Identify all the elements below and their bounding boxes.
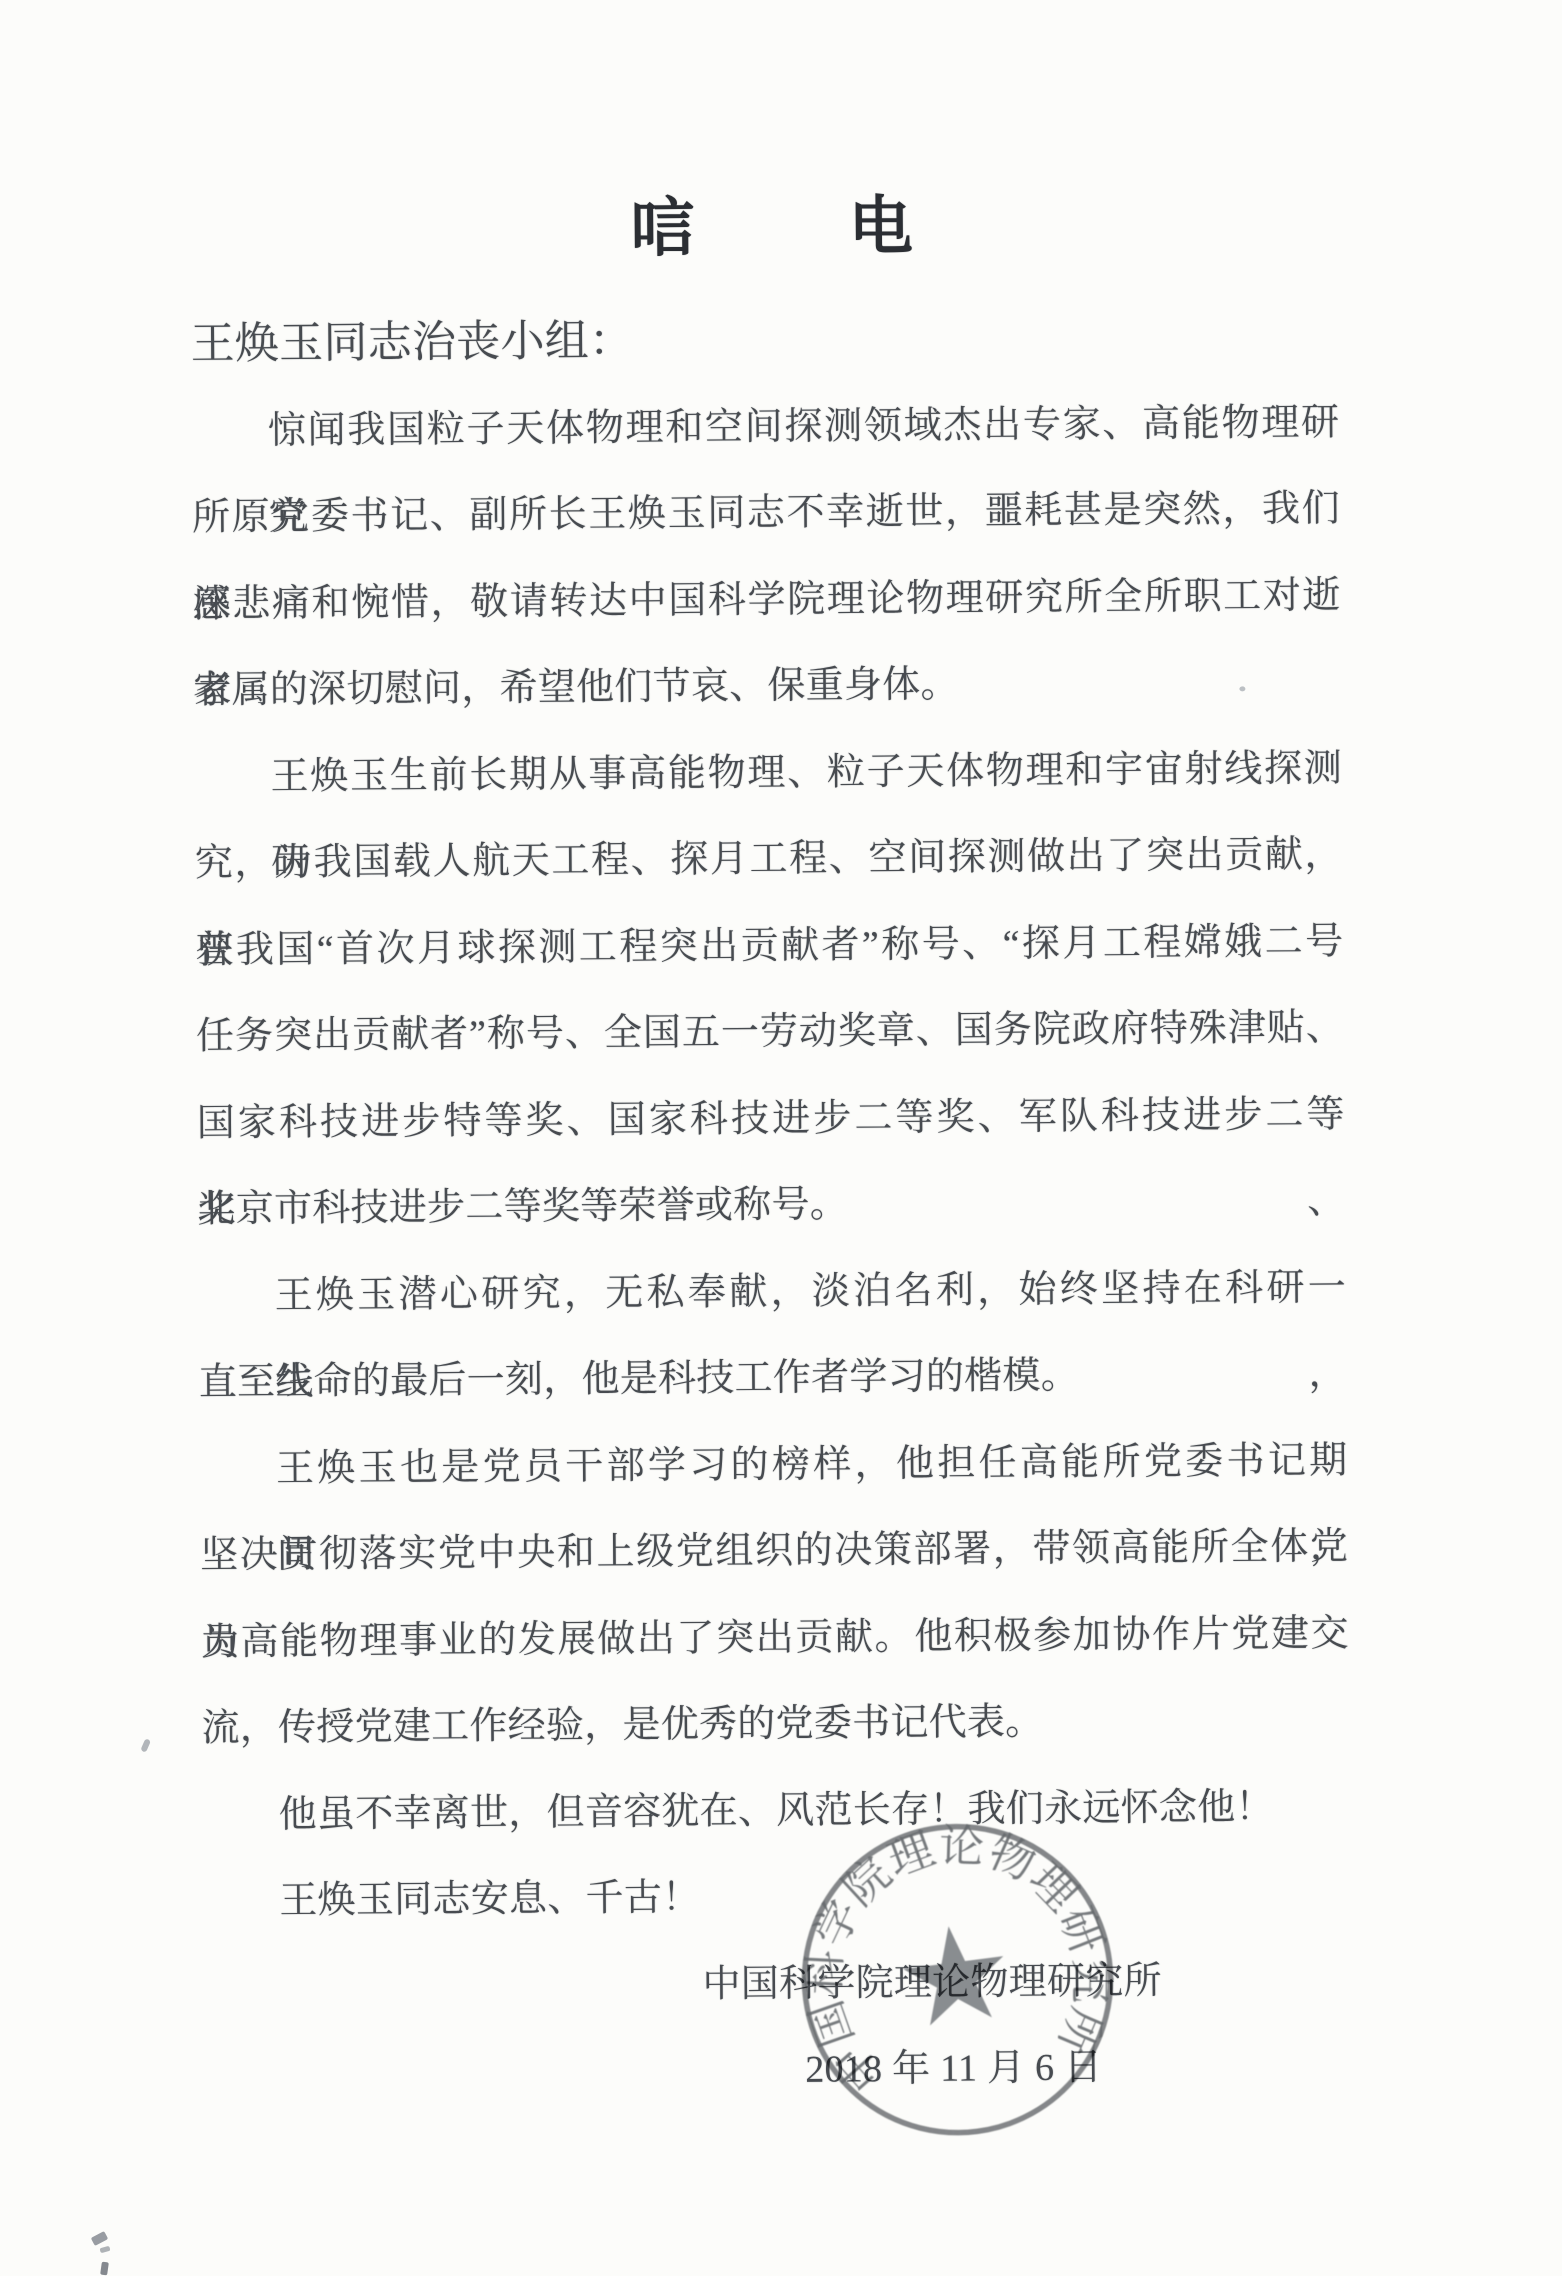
scanned-letter-page: 唁电 王焕玉同志治丧小组： 惊闻我国粒子天体物理和空间探测领域杰出专家、高能物理…: [0, 0, 1562, 2276]
text-line: 家属的深切慰问，希望他们节哀、保重身体。: [193, 639, 1342, 735]
seal-group: 中国科学院理论物理研究所: [786, 1808, 1129, 2151]
date-line: 2018 年 11 月 6 日: [204, 2023, 1353, 2119]
salutation: 王焕玉同志治丧小组：: [190, 293, 1339, 389]
text-line: 惊闻我国粒子天体物理和空间探测领域杰出专家、高能物理研究: [191, 379, 1340, 475]
letter-body: 王焕玉同志治丧小组： 惊闻我国粒子天体物理和空间探测领域杰出专家、高能物理研究所…: [190, 293, 1352, 2118]
scan-tilt-wrapper: 唁电 王焕玉同志治丧小组： 惊闻我国粒子天体物理和空间探测领域杰出专家、高能物理…: [0, 0, 1562, 2276]
star-icon: [899, 1920, 1011, 2028]
text-line: 王焕玉潜心研究，无私奉献，淡泊名利，始终坚持在科研一线，: [198, 1244, 1347, 1340]
document-title: 唁电: [631, 194, 1067, 261]
text-line: 王焕玉也是党员干部学习的榜样，他担任高能所党委书记期间，: [199, 1417, 1348, 1513]
text-line: 王焕玉生前长期从事高能物理、粒子天体物理和宇宙射线探测研: [194, 725, 1343, 821]
text-line: 所原党委书记、副所长王焕玉同志不幸逝世，噩耗甚是突然，我们深: [192, 466, 1341, 562]
scan-speck: [1239, 686, 1245, 691]
text-line: 为高能物理事业的发展做出了突出贡献。他积极参加协作片党建交: [201, 1590, 1350, 1686]
official-seal: 中国科学院理论物理研究所: [786, 1808, 1129, 2151]
signature-line: 中国科学院理论物理研究所: [203, 1936, 1352, 2032]
text-line: 国家科技进步特等奖、国家科技进步二等奖、军队科技进步二等奖、: [196, 1071, 1345, 1167]
text-line: 获我国“首次月球探测工程突出贡献者”称号、“探月工程嫦娥二号: [195, 898, 1344, 994]
scan-speck: [140, 1738, 151, 1752]
text-line: 感悲痛和惋惜，敬请转达中国科学院理论物理研究所全所职工对逝者: [192, 552, 1341, 648]
text-line: 任务突出贡献者”称号、全国五一劳动奖章、国务院政府特殊津贴、: [196, 985, 1345, 1081]
text-line: 流，传授党建工作经验，是优秀的党委书记代表。: [201, 1677, 1350, 1773]
text-line: 王焕玉同志安息、千古！: [203, 1850, 1352, 1946]
text-line: 他虽不幸离世，但音容犹在、风范长存！我们永远怀念他！: [202, 1763, 1351, 1859]
text-line: 坚决贯彻落实党中央和上级党组织的决策部署，带领高能所全体党员: [200, 1504, 1349, 1600]
text-line: 究，为我国载人航天工程、探月工程、空间探测做出了突出贡献，曾: [194, 812, 1343, 908]
